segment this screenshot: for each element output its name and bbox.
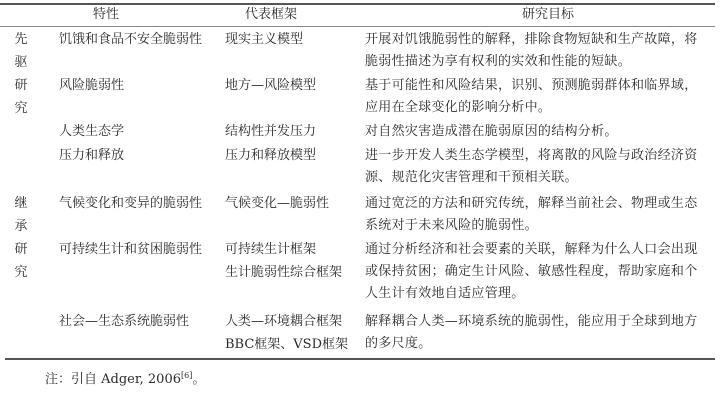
goal-cell: 通过分析经济和社会要素的关联，解释为什么人口会出现或保持贫困；确定生计风险、敏感… — [365, 239, 710, 305]
group-label-char: 承 — [14, 216, 28, 238]
table-header-rule — [0, 26, 715, 27]
group-label-char: 究 — [14, 262, 28, 284]
feature-cell: 社会—生态系统脆弱性 — [59, 311, 189, 333]
group-label-char: 先 — [14, 29, 28, 51]
framework-cell: 气候变化—脆弱性 — [225, 193, 329, 215]
goal-cell: 通过宽泛的方法和研究传统，解释当前社会、物理或生态系统对于未来风险的脆弱性。 — [365, 193, 710, 237]
citation-ref[interactable]: [6] — [181, 371, 192, 380]
group-label-char: 究 — [14, 98, 28, 120]
feature-cell: 可持续生计和贫困脆弱性 — [59, 239, 202, 261]
framework-cell: 压力和释放模型 — [225, 145, 316, 167]
group-label-char: 研 — [14, 75, 28, 97]
goal-cell: 解释耦合人类—环境系统的脆弱性，能应用于全球到地方的多尺度。 — [365, 311, 710, 355]
note-text: 注：引自 Adger, 2006 — [45, 372, 181, 387]
framework-cell: BBC框架、VSD框架 — [225, 334, 348, 356]
header-framework: 代表框架 — [245, 5, 297, 25]
header-feature: 特性 — [93, 5, 119, 25]
feature-cell: 压力和释放 — [59, 145, 124, 167]
framework-cell: 可持续生计框架 — [225, 239, 316, 261]
group-label-char: 研 — [14, 239, 28, 261]
framework-cell: 现实主义模型 — [225, 29, 303, 51]
framework-cell: 结构性并发压力 — [225, 121, 316, 143]
note-suffix: 。 — [192, 372, 205, 387]
group-label-char: 继 — [14, 193, 28, 215]
feature-cell: 风险脆弱性 — [59, 75, 124, 97]
goal-cell: 开展对饥饿脆弱性的解释，排除食物短缺和生产故障，将脆弱性描述为享有权利的实效和性… — [365, 29, 710, 73]
framework-cell: 人类—环境耦合框架 — [225, 311, 342, 333]
table-note: 注：引自 Adger, 2006[6]。 — [45, 366, 205, 390]
feature-cell: 饥饿和食品不安全脆弱性 — [59, 29, 202, 51]
feature-cell: 气候变化和变异的脆弱性 — [59, 193, 202, 215]
framework-cell: 生计脆弱性综合框架 — [225, 262, 342, 284]
goal-cell: 对自然灾害造成潜在脆弱原因的结构分析。 — [365, 121, 710, 143]
header-goal: 研究目标 — [522, 5, 574, 25]
table-bottom-rule — [5, 358, 715, 360]
goal-cell: 进一步开发人类生态学模型，将离散的风险与政治经济资源、规范化灾害管理和干预相关联… — [365, 145, 710, 189]
feature-cell: 人类生态学 — [59, 121, 124, 143]
framework-cell: 地方—风险模型 — [225, 75, 316, 97]
group-label-char: 驱 — [14, 52, 28, 74]
goal-cell: 基于可能性和风险结果，识别、预测脆弱群体和临界域，应用在全球变化的影响分析中。 — [365, 75, 710, 119]
